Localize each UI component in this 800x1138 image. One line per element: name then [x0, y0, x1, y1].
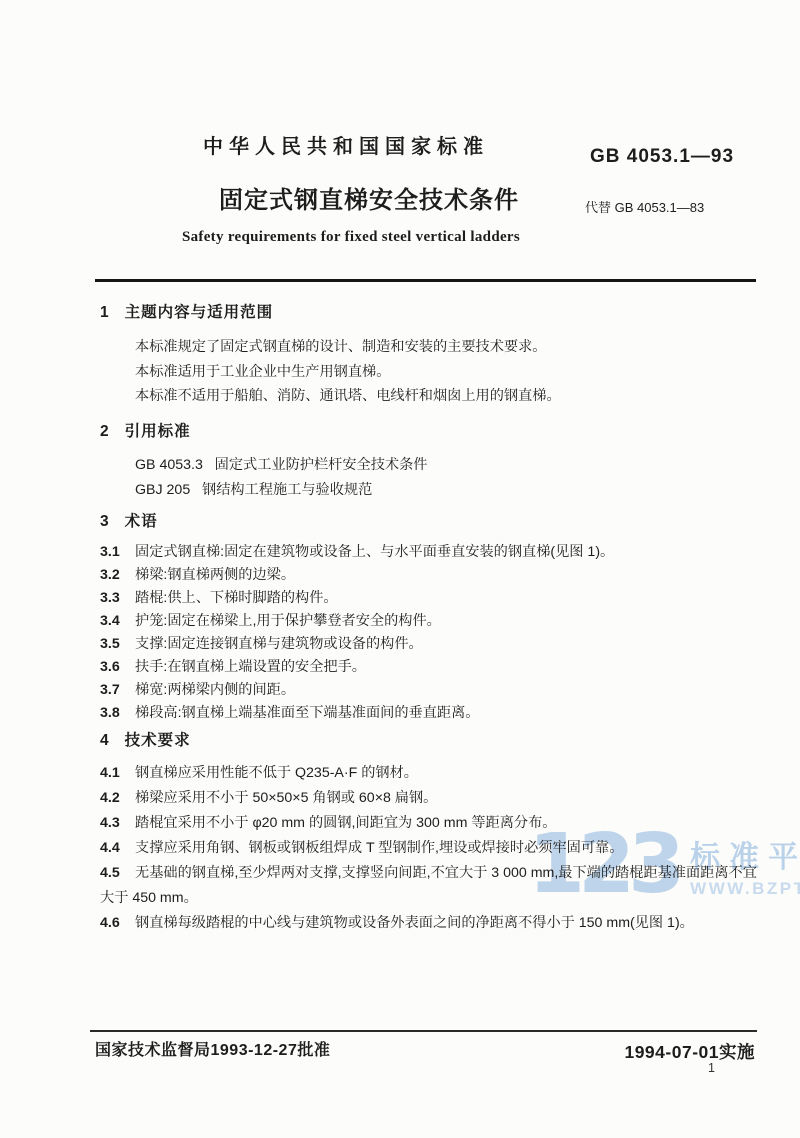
- clause-number: 4.1: [100, 761, 135, 786]
- section-4-title: 技术要求: [125, 732, 191, 749]
- document-title-en: Safety requirements for fixed steel vert…: [0, 229, 702, 246]
- clause: 3.7梯宽:两梯梁内侧的间距。: [100, 679, 760, 702]
- clause: 3.2梯梁:钢直梯两侧的边梁。: [100, 564, 760, 587]
- clause: 3.5支撑:固定连接钢直梯与建筑物或设备的构件。: [100, 633, 760, 656]
- section-3-heading: 3术语: [100, 512, 760, 532]
- clause-text: 踏棍宜采用不小于 φ20 mm 的圆钢,间距宜为 300 mm 等距离分布。: [135, 815, 556, 831]
- clause-number: 3.5: [100, 633, 135, 656]
- section-3-number: 3: [100, 513, 109, 530]
- clause: 3.8梯段高:钢直梯上端基准面至下端基准面间的垂直距离。: [100, 702, 760, 725]
- standard-number: GB 4053.1—93: [590, 146, 734, 168]
- clause: 4.6钢直梯每级踏棍的中心线与建筑物或设备外表面之间的净距离不得小于 150 m…: [100, 911, 760, 936]
- section-4-number: 4: [100, 732, 109, 749]
- referenced-standard: GBJ 205 钢结构工程施工与验收规范: [100, 478, 760, 503]
- standard-label: 中华人民共和国国家标准: [203, 130, 489, 159]
- clause: 4.5无基础的钢直梯,至少焊两对支撑,支撑竖向间距,不宜大于 3 000 mm,…: [100, 861, 760, 911]
- page-number: 1: [708, 1061, 715, 1075]
- clause: 3.4护笼:固定在梯梁上,用于保护攀登者安全的构件。: [100, 610, 760, 633]
- section-2-heading: 2引用标准: [100, 422, 760, 442]
- clause-number: 4.6: [100, 911, 135, 936]
- clause-text: 梯梁应采用不小于 50×50×5 角钢或 60×8 扁钢。: [135, 790, 437, 806]
- clause-text: 无基础的钢直梯,至少焊两对支撑,支撑竖向间距,不宜大于 3 000 mm,最下端…: [100, 865, 757, 906]
- clause-number: 3.7: [100, 679, 135, 702]
- clause-text: 支撑:固定连接钢直梯与建筑物或设备的构件。: [135, 636, 423, 652]
- section-4-heading: 4技术要求: [100, 731, 760, 751]
- header-divider: [95, 279, 756, 282]
- clause-number: 4.2: [100, 786, 135, 811]
- clause-text: 扶手:在钢直梯上端设置的安全把手。: [135, 659, 366, 675]
- section-1-heading: 1主题内容与适用范围: [100, 303, 760, 323]
- clause-text: 钢直梯每级踏棍的中心线与建筑物或设备外表面之间的净距离不得小于 150 mm(见…: [135, 915, 694, 931]
- clause-number: 3.3: [100, 587, 135, 610]
- section-2-title: 引用标准: [125, 423, 191, 440]
- section-1-paragraph: 本标准规定了固定式钢直梯的设计、制造和安装的主要技术要求。: [100, 335, 760, 360]
- clause-number: 3.2: [100, 564, 135, 587]
- section-2-number: 2: [100, 423, 109, 440]
- clause: 4.3踏棍宜采用不小于 φ20 mm 的圆钢,间距宜为 300 mm 等距离分布…: [100, 811, 760, 836]
- clause: 3.6扶手:在钢直梯上端设置的安全把手。: [100, 656, 760, 679]
- section-3-title: 术语: [125, 513, 158, 530]
- document-title-zh: 固定式钢直梯安全技术条件: [219, 180, 519, 215]
- implementation-note: 1994-07-01实施: [624, 1039, 755, 1064]
- replaces-note: 代替 GB 4053.1—83: [585, 197, 704, 216]
- clause-text: 梯梁:钢直梯两侧的边梁。: [135, 567, 295, 583]
- clause-number: 3.4: [100, 610, 135, 633]
- clause-text: 梯宽:两梯梁内侧的间距。: [135, 682, 295, 698]
- clause-number: 3.1: [100, 541, 135, 564]
- clause: 4.2梯梁应采用不小于 50×50×5 角钢或 60×8 扁钢。: [100, 786, 760, 811]
- clause: 3.3踏棍:供上、下梯时脚踏的构件。: [100, 587, 760, 610]
- clause-number: 3.8: [100, 702, 135, 725]
- section-1-paragraph: 本标准不适用于船舶、消防、通讯塔、电线杆和烟囱上用的钢直梯。: [100, 384, 760, 409]
- clause: 3.1固定式钢直梯:固定在建筑物或设备上、与水平面垂直安装的钢直梯(见图 1)。: [100, 541, 760, 564]
- clause-number: 4.4: [100, 836, 135, 861]
- clause-number: 3.6: [100, 656, 135, 679]
- document-page: 123 标准平台 WWW.BZPT.COM 中华人民共和国国家标准 GB 405…: [0, 0, 800, 1138]
- clause-text: 踏棍:供上、下梯时脚踏的构件。: [135, 590, 338, 606]
- clause-text: 护笼:固定在梯梁上,用于保护攀登者安全的构件。: [135, 613, 441, 629]
- clause: 4.4支撑应采用角钢、钢板或钢板组焊成 T 型钢制作,埋设或焊接时必须牢固可靠。: [100, 836, 760, 861]
- section-1-number: 1: [100, 304, 109, 321]
- clause-number: 4.5: [100, 861, 135, 886]
- footer-divider: [90, 1030, 757, 1032]
- section-1-paragraph: 本标准适用于工业企业中生产用钢直梯。: [100, 360, 760, 385]
- referenced-standard: GB 4053.3 固定式工业防护栏杆安全技术条件: [100, 453, 760, 478]
- clause-text: 固定式钢直梯:固定在建筑物或设备上、与水平面垂直安装的钢直梯(见图 1)。: [135, 544, 614, 560]
- clause: 4.1钢直梯应采用性能不低于 Q235-A·F 的钢材。: [100, 761, 760, 786]
- clause-number: 4.3: [100, 811, 135, 836]
- clause-text: 梯段高:钢直梯上端基准面至下端基准面间的垂直距离。: [135, 705, 479, 721]
- clause-text: 支撑应采用角钢、钢板或钢板组焊成 T 型钢制作,埋设或焊接时必须牢固可靠。: [135, 840, 623, 856]
- approval-note: 国家技术监督局1993-12-27批准: [95, 1037, 330, 1060]
- section-1-title: 主题内容与适用范围: [125, 304, 274, 321]
- clause-text: 钢直梯应采用性能不低于 Q235-A·F 的钢材。: [135, 765, 418, 781]
- document-body: 1主题内容与适用范围 本标准规定了固定式钢直梯的设计、制造和安装的主要技术要求。…: [100, 303, 760, 936]
